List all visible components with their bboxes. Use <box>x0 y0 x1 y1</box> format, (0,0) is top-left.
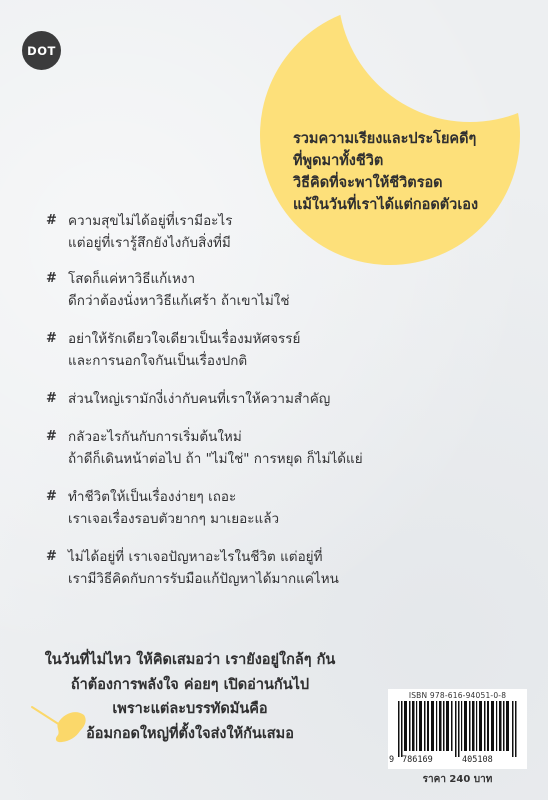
quote-item: # ส่วนใหญ่เรามักงี่เง่ากับคนที่เราให้ควา… <box>46 388 486 410</box>
quote-line: ทำชีวิตให้เป็นเรื่องง่ายๆ เถอะ <box>68 486 486 508</box>
quote-item: # อย่าให้รักเดียวใจเดียวเป็นเรื่องมหัศจร… <box>46 328 486 372</box>
quote-line: ไม่ได้อยู่ที่ เราเจอปัญหาอะไรในชีวิต แต่… <box>68 546 486 568</box>
quote-item: # ความสุขไม่ได้อยู่ที่เรามีอะไร แต่อยู่ท… <box>46 210 486 254</box>
quote-item: # กลัวอะไรกันกับการเริ่มต้นใหม่ ถ้าดีก็เ… <box>46 426 486 470</box>
isbn-barcode: ISBN 978-616-94051-0-8 9 786169 405108 <box>388 689 527 769</box>
quote-item: # ไม่ได้อยู่ที่ เราเจอปัญหาอะไรในชีวิต แ… <box>46 546 486 590</box>
price-label: ราคา 240 บาท <box>388 772 527 787</box>
closing-line: อ้อมกอดใหญ่ที่ตั้งใจส่งให้กันเสมอ <box>40 722 340 747</box>
quote-list: # ความสุขไม่ได้อยู่ที่เรามีอะไร แต่อยู่ท… <box>46 210 486 606</box>
closing-line: ในวันที่ไม่ไหว ให้คิดเสมอว่า เรายังอยู่ใ… <box>40 648 340 673</box>
quote-line: แต่อยู่ที่เรารู้สึกยังไงกับสิ่งที่มี <box>68 232 486 254</box>
barcode-bars-icon <box>396 701 519 757</box>
closing-line: เพราะแต่ละบรรทัดมันคือ <box>40 697 340 722</box>
quote-line: ส่วนใหญ่เรามักงี่เง่ากับคนที่เราให้ความส… <box>68 388 486 410</box>
quote-line: ถ้าดีก็เดินหน้าต่อไป ถ้า "ไม่ใช่" การหยุ… <box>68 448 486 470</box>
hashtag-icon: # <box>46 486 57 508</box>
isbn-label: ISBN 978-616-94051-0-8 <box>388 691 527 700</box>
tagline-block: รวมความเรียงและประโยคดีๆ ที่พูดมาทั้งชีว… <box>293 128 478 216</box>
hashtag-icon: # <box>46 210 57 232</box>
barcode-digit-lead: 9 <box>389 755 394 765</box>
hashtag-icon: # <box>46 328 57 350</box>
quote-line: และการนอกใจกันเป็นเรื่องปกติ <box>68 350 486 372</box>
hashtag-icon: # <box>46 546 57 568</box>
quote-line: กลัวอะไรกันกับการเริ่มต้นใหม่ <box>68 426 486 448</box>
quote-line: เรามีวิธีคิดกับการรับมือแก้ปัญหาได้มากแค… <box>68 568 486 590</box>
quote-line: ความสุขไม่ได้อยู่ที่เรามีอะไร <box>68 210 486 232</box>
hashtag-icon: # <box>46 268 57 290</box>
quote-line: โสดก็แค่หาวิธีแก้เหงา <box>68 268 486 290</box>
quote-line: ดีกว่าต้องนั่งหาวิธีแก้เศร้า ถ้าเขาไม่ใช… <box>68 290 486 312</box>
closing-message: ในวันที่ไม่ไหว ให้คิดเสมอว่า เรายังอยู่ใ… <box>40 648 340 746</box>
hashtag-icon: # <box>46 388 57 410</box>
tagline-line: รวมความเรียงและประโยคดีๆ <box>293 128 478 150</box>
quote-item: # โสดก็แค่หาวิธีแก้เหงา ดีกว่าต้องนั่งหา… <box>46 268 486 312</box>
tagline-line: ที่พูดมาทั้งชีวิต <box>293 150 478 172</box>
tagline-line: วิธีคิดที่จะพาให้ชีวิตรอด <box>293 172 478 194</box>
closing-line: ถ้าต้องการพลังใจ ค่อยๆ เปิดอ่านกันไป <box>40 673 340 698</box>
barcode-digit-group: 786169 <box>402 755 433 765</box>
quote-item: # ทำชีวิตให้เป็นเรื่องง่ายๆ เถอะ เราเจอเ… <box>46 486 486 530</box>
quote-line: อย่าให้รักเดียวใจเดียวเป็นเรื่องมหัศจรรย… <box>68 328 486 350</box>
quote-line: เราเจอเรื่องรอบตัวยากๆ มาเยอะแล้ว <box>68 508 486 530</box>
barcode-digit-group: 405108 <box>462 755 493 765</box>
hashtag-icon: # <box>46 426 57 448</box>
